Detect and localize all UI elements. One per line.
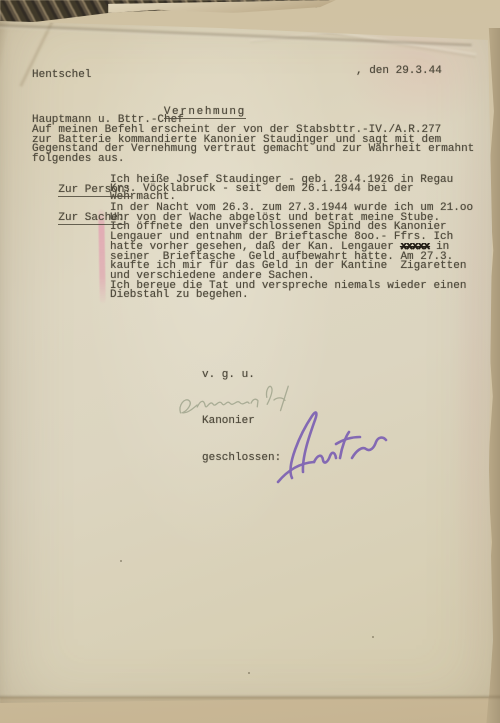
paper-speck (372, 636, 374, 638)
date-line: , den 29.3.44 (356, 67, 442, 77)
intro-paragraph: Auf meinen Befehl erscheint der von der … (32, 126, 474, 165)
paper-speck (120, 560, 122, 562)
paper-speck (248, 672, 250, 674)
text-line: Wehrmacht. (110, 193, 453, 202)
rank-line: Kanonier (202, 417, 255, 427)
person-section-text: Ich heiße Josef Staudinger - geb. 28.4.1… (110, 176, 453, 202)
sender-name: Hentschel (32, 68, 184, 83)
sache-section-text: In der Nacht vom 26.3. zum 27.3.1944 wur… (110, 204, 473, 301)
text-line: Diebstahl zu begehen. (110, 291, 473, 301)
vgu-abbreviation: v. g. u. (202, 371, 255, 381)
bottom-edge-shadow (0, 696, 500, 698)
document-title-text: Vernehmung (164, 106, 246, 120)
document-title: Vernehmung (131, 98, 246, 127)
bottom-crease-band (0, 697, 500, 723)
ink-signature (270, 406, 392, 484)
text-line: folgendes aus. (32, 155, 474, 165)
scanned-document: Hentschel Hauptmann u. Bttr.-Chef , den … (0, 0, 500, 723)
